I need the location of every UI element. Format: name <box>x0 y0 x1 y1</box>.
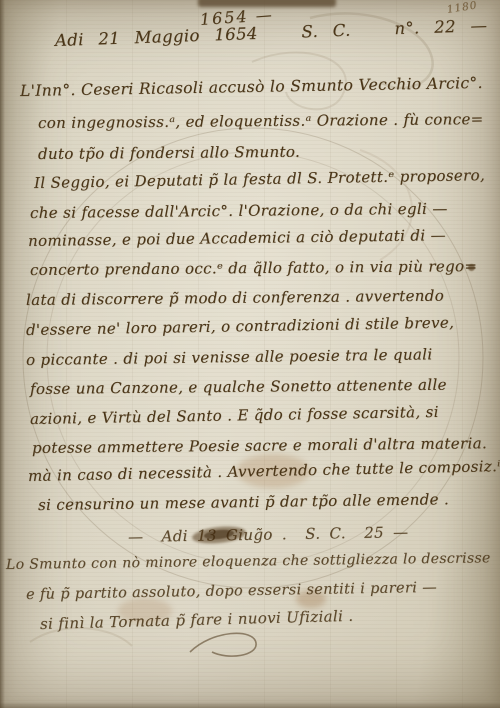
manuscript-line: con ingegnosiss.ᵃ, ed eloquentiss.ᵃ Oraz… <box>38 112 484 131</box>
page-bottom-edge <box>0 702 500 708</box>
manuscript-line: Lo Smunto con nò minore eloquenza che so… <box>6 551 491 572</box>
manuscript-line: o piccante . di poi si venisse alle poes… <box>26 347 433 368</box>
dateline-entry-2: — Adi 13 Giug̃o . S. C. 25 — <box>128 525 409 545</box>
manuscript-line: Il Seggio, ei Deputati p̃ la festa dl S.… <box>34 168 485 191</box>
manuscript-line: duto tp̃o di fondersi allo Smunto. <box>38 145 300 162</box>
manuscript-line: fosse una Canzone, e qualche Sonetto att… <box>30 378 447 397</box>
manuscript-line: lata di discorrere p̃ modo di conferenza… <box>26 289 444 308</box>
manuscript-line: nominasse, e poi due Accademici a ciò de… <box>28 228 446 249</box>
manuscript-line: concerto prendano occ.ᵉ da q̃llo fatto, … <box>30 259 477 278</box>
dateline-entry-1: Adi 21 Maggio 1654 S. C. n°. 22 — <box>55 18 488 50</box>
manuscript-line: si finì la Tornata p̃ fare i nuovi Ufizi… <box>40 609 354 632</box>
page-left-edge <box>0 0 5 708</box>
manuscript-line: e fù p̃ partito assoluto, dopo essersi s… <box>26 581 437 603</box>
manuscript-line: azioni, e Virtù del Santo . E q̃do ci fo… <box>30 405 439 427</box>
manuscript-line: L'Inn°. Ceseri Ricasoli accusò lo Smunto… <box>20 76 483 100</box>
manuscript-page: 1180 1654 — Adi 21 Maggio 1654 S. C. n°.… <box>0 0 500 708</box>
manuscript-line: mà in caso di necessità . Avvertendo che… <box>28 459 500 484</box>
manuscript-line: si censurino un mese avanti p̃ dar tp̃o … <box>38 492 449 513</box>
folio-number: 1180 <box>446 0 478 15</box>
manuscript-line: d'essere ne' loro pareri, o contradizion… <box>26 316 454 338</box>
manuscript-line: che si facesse dall'Arcic°. l'Orazione, … <box>30 202 448 221</box>
manuscript-line: potesse ammettere Poesie sacre e morali … <box>32 436 487 456</box>
